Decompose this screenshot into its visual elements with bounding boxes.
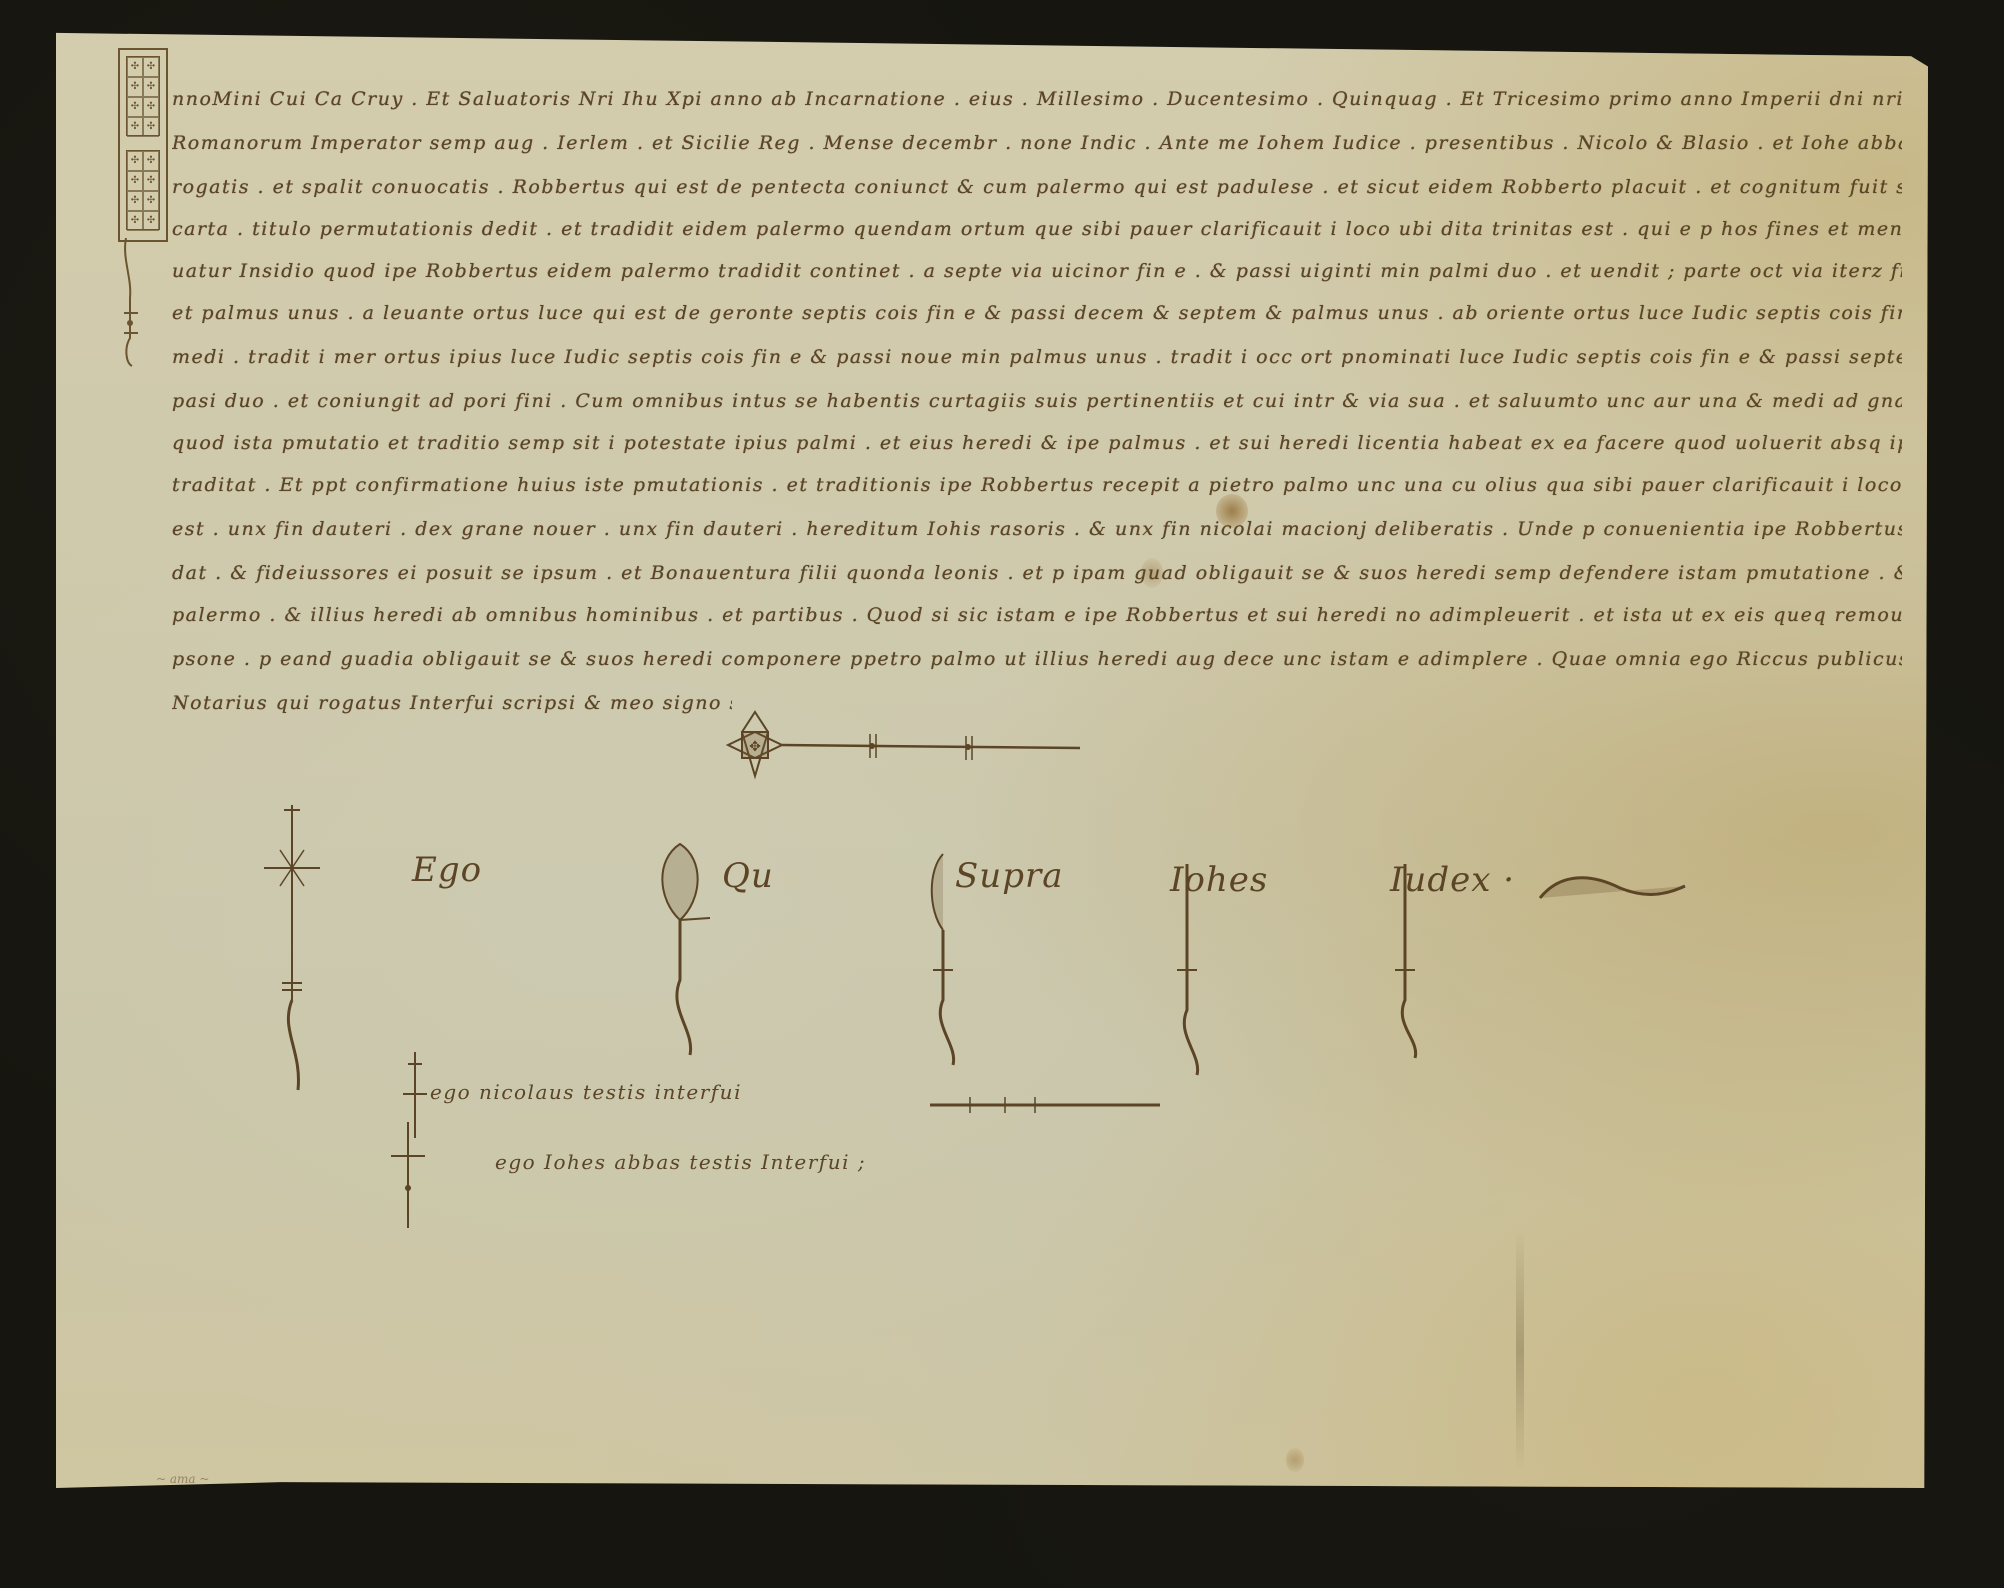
ink-stain <box>1286 1448 1304 1472</box>
witness-cross-icon <box>388 1120 428 1230</box>
text-line: est . unx fin dauteri . dex grane nouer … <box>172 518 1902 540</box>
text-line: dat . & fideiussores ei posuit se ipsum … <box>172 562 1902 584</box>
notary-signum-flourish-icon: ✥ <box>720 710 1100 780</box>
text-line: medi . tradit i mer ortus ipius luce Iud… <box>172 346 1902 368</box>
text-line: Romanorum Imperator semp aug . Ierlem . … <box>172 132 1902 154</box>
subscription-qu: Qu <box>722 856 774 896</box>
subscription-supra: Supra <box>955 856 1063 896</box>
text-line: psone . p eand guadia obligauit se & suo… <box>172 648 1902 670</box>
text-line: et palmus unus . a leuante ortus luce qu… <box>172 302 1902 324</box>
ornamental-capital-icon <box>650 840 710 1060</box>
cross-flourish-icon <box>262 800 322 1100</box>
text-line: carta . titulo permutationis dedit . et … <box>172 218 1902 240</box>
initial-tail-flourish-icon <box>122 238 142 368</box>
text-line: quod ista pmutatio et traditio semp sit … <box>172 432 1902 454</box>
text-line: nnoMini Cui Ca Cruy . Et Saluatoris Nri … <box>172 88 1902 110</box>
fold-mark <box>1516 1230 1524 1470</box>
text-line: Notarius qui rogatus Interfui scripsi & … <box>172 692 732 714</box>
archive-mark: ~ ama ~ <box>156 1472 209 1486</box>
text-line: rogatis . et spalit conuocatis . Robbert… <box>172 176 1902 198</box>
paraph-flourish-icon <box>1530 868 1690 908</box>
decorated-initial-I-icon: ✣✣✣✣✣✣✣✣ ✣✣✣✣✣✣✣✣ <box>118 48 168 242</box>
subscription-iohes: Iohes <box>1170 860 1268 900</box>
witness-nicolaus: ego nicolaus testis interfui <box>430 1080 742 1104</box>
text-line: palermo . & illius heredi ab omnibus hom… <box>172 604 1902 626</box>
witness-iohes-abbas: ego Iohes abbas testis Interfui ; <box>495 1150 866 1174</box>
witness-flourish-icon <box>930 1095 1170 1115</box>
text-line: uatur Insidio quod ipe Robbertus eidem p… <box>172 260 1902 282</box>
subscription-ego: Ego <box>412 850 482 890</box>
text-line: pasi duo . et coniungit ad pori fini . C… <box>172 390 1902 412</box>
text-line: traditat . Et ppt confirmatione huius is… <box>172 474 1902 496</box>
svg-text:✥: ✥ <box>749 739 761 755</box>
subscription-iudex: Iudex · <box>1390 860 1515 900</box>
